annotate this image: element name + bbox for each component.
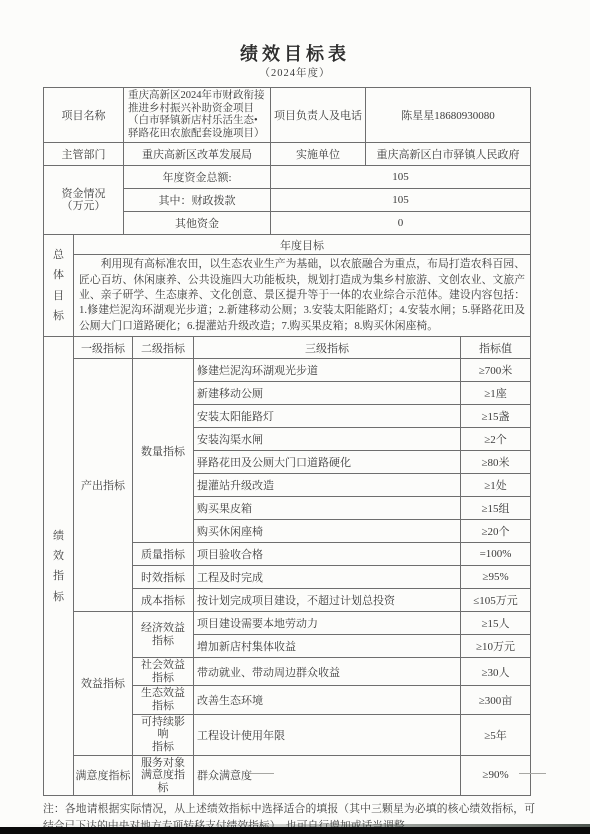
overall-goal-label: 总体目标: [44, 235, 74, 337]
performance-target-table: 项目名称 重庆高新区2024年市财政衔接推进乡村振兴补助资金项目（白市驿镇新店村…: [43, 87, 531, 796]
benefit-indicator-label: 效益指标: [74, 612, 133, 755]
output-indicator-label: 产出指标: [74, 359, 133, 612]
social-benefit-label: 社会效益 指标: [133, 658, 194, 686]
document-page: 绩效目标表 （2024年度） 项目名称 重庆高新区2024年市财政衔接推进乡村振…: [0, 0, 590, 834]
quantity-indicator-label: 数量指标: [133, 359, 194, 543]
table-row: 满意度指标 服务对象 满意度指标 群众满意度 ≥90%: [44, 755, 531, 796]
indicator-name: 安装太阳能路灯: [194, 405, 461, 428]
indicator-value: ≥15组: [461, 497, 531, 520]
annual-goal-header: 年度目标: [74, 235, 531, 255]
col-header-level2: 二级指标: [133, 337, 194, 359]
impl-label: 实施单位: [271, 143, 366, 166]
scan-edge-bar: [0, 827, 590, 834]
cost-indicator-label: 成本指标: [133, 589, 194, 612]
table-row: 利用现有高标准农田，以生态农业生产为基础，以农旅融合为重点，布局打造农科百园、匠…: [44, 255, 531, 337]
impl-value: 重庆高新区白市驿镇人民政府: [366, 143, 531, 166]
project-name-value: 重庆高新区2024年市财政衔接推进乡村振兴补助资金项目（白市驿镇新店村乐活生态•…: [124, 88, 271, 143]
satisfaction-indicator-label: 满意度指标: [74, 755, 133, 796]
indicator-value: ≥80米: [461, 451, 531, 474]
indicator-name: 带动就业、带动周边群众收益: [194, 658, 461, 686]
indicator-name: 增加新店村集体收益: [194, 635, 461, 658]
funding-label: 资金情况 （万元）: [44, 166, 124, 235]
col-header-level3: 三级指标: [194, 337, 461, 359]
indicator-name: 驿路花田及公厕大门口道路硬化: [194, 451, 461, 474]
indicator-value: ≤105万元: [461, 589, 531, 612]
indicator-value: ≥1处: [461, 474, 531, 497]
eco-benefit-label: 生态效益 指标: [133, 686, 194, 714]
indicator-value: ≥90%: [461, 755, 531, 796]
performance-indicator-label: 绩效指标: [44, 337, 74, 796]
indicator-name: 新建移动公厕: [194, 382, 461, 405]
indicator-value: ≥15盏: [461, 405, 531, 428]
indicator-name: 安装沟渠水闸: [194, 428, 461, 451]
table-row: 绩效指标 一级指标 二级指标 三级指标 指标值: [44, 337, 531, 359]
funding-other-label: 其他资金: [124, 212, 271, 235]
indicator-name: 工程及时完成: [194, 566, 461, 589]
indicator-value: ≥10万元: [461, 635, 531, 658]
project-name-label: 项目名称: [44, 88, 124, 143]
dept-value: 重庆高新区改革发展局: [124, 143, 271, 166]
funding-fiscal-value: 105: [271, 189, 531, 212]
indicator-value: ≥15人: [461, 612, 531, 635]
indicator-name: 项目建设需要本地劳动力: [194, 612, 461, 635]
table-row: 主管部门 重庆高新区改革发展局 实施单位 重庆高新区白市驿镇人民政府: [44, 143, 531, 166]
indicator-name: 购买果皮箱: [194, 497, 461, 520]
service-satisfaction-label: 服务对象 满意度指标: [133, 755, 194, 796]
sustain-indicator-label: 可持续影响 指标: [133, 714, 194, 755]
indicator-name: 购买休闲座椅: [194, 520, 461, 543]
dept-label: 主管部门: [44, 143, 124, 166]
indicator-name: 群众满意度: [194, 755, 461, 796]
table-row: 产出指标 数量指标 修建烂泥沟环湖观光步道 ≥700米: [44, 359, 531, 382]
scan-artifact-dash: [519, 773, 546, 774]
indicator-name: 改善生态环境: [194, 686, 461, 714]
funding-total-value: 105: [271, 166, 531, 189]
table-row: 效益指标 经济效益 指标 项目建设需要本地劳动力 ≥15人: [44, 612, 531, 635]
indicator-name: 项目验收合格: [194, 543, 461, 566]
col-header-level1: 一级指标: [74, 337, 133, 359]
col-header-value: 指标值: [461, 337, 531, 359]
economic-benefit-label: 经济效益 指标: [133, 612, 194, 658]
annual-goal-text: 利用现有高标准农田，以生态农业生产为基础，以农旅融合为重点，布局打造农科百园、匠…: [74, 255, 531, 337]
funding-total-label: 年度资金总额:: [124, 166, 271, 189]
indicator-name: 修建烂泥沟环湖观光步道: [194, 359, 461, 382]
page-title: 绩效目标表: [0, 0, 590, 64]
indicator-value: ≥300亩: [461, 686, 531, 714]
funding-fiscal-label: 其中：财政拨款: [124, 189, 271, 212]
indicator-name: 提灌站升级改造: [194, 474, 461, 497]
indicator-value: ≥700米: [461, 359, 531, 382]
indicator-value: ≥20个: [461, 520, 531, 543]
manager-label: 项目负责人及电话: [271, 88, 366, 143]
indicator-value: ≥30人: [461, 658, 531, 686]
table-row: 总体目标 年度目标: [44, 235, 531, 255]
indicator-name: 工程设计使用年限: [194, 714, 461, 755]
indicator-name: 按计划完成项目建设，不超过计划总投资: [194, 589, 461, 612]
page-subtitle: （2024年度）: [0, 67, 590, 81]
table-row: 资金情况 （万元） 年度资金总额: 105: [44, 166, 531, 189]
scan-artifact-dash: [248, 773, 274, 774]
indicator-value: =100%: [461, 543, 531, 566]
manager-value: 陈星星18680930080: [366, 88, 531, 143]
quality-indicator-label: 质量指标: [133, 543, 194, 566]
funding-other-value: 0: [271, 212, 531, 235]
time-indicator-label: 时效指标: [133, 566, 194, 589]
indicator-value: ≥5年: [461, 714, 531, 755]
indicator-value: ≥2个: [461, 428, 531, 451]
table-row: 项目名称 重庆高新区2024年市财政衔接推进乡村振兴补助资金项目（白市驿镇新店村…: [44, 88, 531, 143]
indicator-value: ≥1座: [461, 382, 531, 405]
indicator-value: ≥95%: [461, 566, 531, 589]
